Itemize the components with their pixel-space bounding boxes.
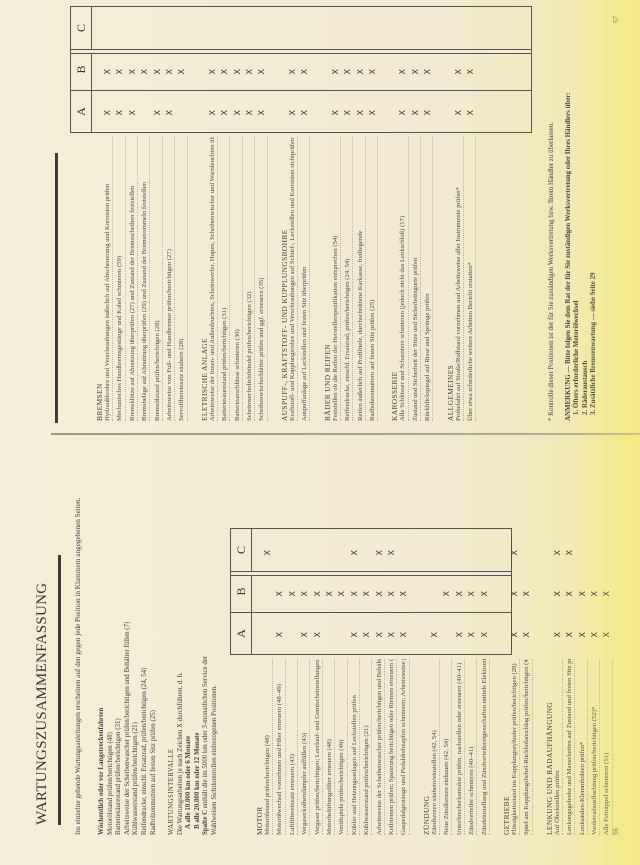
interval-mark-a: X	[357, 110, 365, 115]
interval-mark-a: X	[467, 110, 475, 115]
table-row: Zündkerzen säubern/einstellen (42, 54)X	[431, 535, 443, 835]
row-text: Arbeitsweise der Scheibenwascher prüfen/…	[376, 659, 385, 835]
table-row: Servofiltereinsatz säubern (28)X	[178, 36, 190, 421]
interval-mark-b: X	[467, 69, 475, 74]
interval-mark-a: X	[412, 110, 420, 115]
table-row: Keilriemen prüfen; Spannung berichtigen …	[388, 535, 400, 835]
interval-mark-a: X	[388, 632, 396, 637]
interval-mark-b: X	[376, 591, 384, 596]
weekly-item: Kühlwasserstand prüfen/berichtigen (21)	[132, 455, 141, 835]
row-text: Arbeitsweise der Innen- und Außenleuchte…	[209, 137, 218, 421]
row-text: Keilriemen prüfen; Spannung berichtigen …	[388, 659, 397, 835]
row-text: Bremsbeläge auf Abnutzung überprüfen (29…	[141, 137, 150, 421]
interval-mark-a: X	[276, 632, 284, 637]
row-text: Kraftstoff- und Kupplungsrohre und Versc…	[289, 137, 298, 421]
table-row: Batterieanschlüsse schmieren (30)XX	[234, 36, 246, 421]
table-row: Radbolzenmuttern auf festen Sitz prüfen …	[369, 36, 381, 421]
interval-mark-b: X	[234, 69, 242, 74]
table-row: Bremsölstand prüfen/berichtigen (28)XXX	[154, 36, 166, 421]
interval-mark-b: X	[289, 591, 297, 596]
interval-mark-a: X	[116, 110, 124, 115]
section-heading: AUSPUFF-, KRAFTSTOFF- UND KUPPLUNGSROHRE	[280, 36, 289, 421]
table-row: Neue Zündkerzen einbauen (42, 54)X	[443, 535, 455, 835]
left-page-sections: MOTORMotorölstand prüfen/berichtigen (48…	[255, 535, 616, 835]
table-row: Luftfiltereinsatz erneuern (43)X	[289, 535, 301, 835]
row-text: Rückblickspiegel auf Risse und Sprünge p…	[424, 137, 433, 421]
interval-mark-b: X	[301, 69, 309, 74]
row-text: Unterbrecherkontakte prüfen, nachstellen…	[456, 659, 465, 835]
weekly-heading: Wöchentlich oder vor Langstreckenfahrten	[98, 455, 107, 835]
interval-mark-a: X	[314, 632, 322, 637]
table-row: Mechanisches Handbremsgestänge und Kabel…	[116, 36, 128, 421]
weekly-item: Reifendrucke, einschl. Ersatzrad, prüfen…	[141, 455, 150, 835]
weekly-checks: Wöchentlich oder vor Langstreckenfahrten…	[98, 455, 158, 835]
interval-mark-b: X	[412, 69, 420, 74]
row-text: Kühler und Heizungsanlagen auf Leckstell…	[351, 659, 360, 835]
interval-mark-a: X	[481, 632, 489, 637]
section-heading: GETRIEBE	[502, 535, 511, 835]
note-lead: ANMERKUNG —	[565, 366, 572, 421]
col-header-a: A	[231, 613, 252, 654]
row-text: Luftfiltereinsatz erneuern (43)	[289, 659, 298, 835]
row-text: Zündeinstellung und Zündverteilereigensc…	[481, 659, 490, 835]
interval-mark-b: X	[141, 69, 149, 74]
interval-mark-b: X	[301, 591, 309, 596]
table-row: Auf Öleckstellen prüfenXXX	[554, 535, 566, 835]
interval-mark-a: X	[246, 110, 254, 115]
interval-mark-a: X	[424, 110, 432, 115]
section-heading: RÄDER UND REIFEN	[323, 36, 332, 421]
interval-mark-b: X	[523, 591, 531, 596]
interval-mark-a: X	[301, 110, 309, 115]
interval-mark-b: X	[129, 69, 137, 74]
interval-mark-a: X	[289, 110, 297, 115]
interval-mark-b: X	[554, 591, 562, 596]
interval-mark-b: X	[456, 591, 464, 596]
section-heading: BREMSEN	[95, 36, 104, 421]
interval-mark-c: X	[351, 550, 359, 555]
row-text: Mechanisches Handbremsgestänge und Kabel…	[116, 137, 125, 421]
row-text: Auspuffanlage auf Leckstellen und festen…	[301, 137, 310, 421]
page-title: WARTUNGSZUSAMMENFASSUNG	[34, 583, 51, 825]
row-text: Alle Schlösser und Scharniere schmieren …	[399, 137, 408, 421]
row-text: Reifen äußerlich auf Profiltiefe, durchs…	[357, 137, 366, 421]
interval-mark-b: X	[399, 69, 407, 74]
table-row: Scheibenwischerblätter prüfen und ggf. e…	[258, 36, 270, 421]
interval-mark-b: X	[400, 591, 408, 596]
interval-mark-b: X	[481, 591, 489, 596]
table-row: Arbeitsweise von Fuß- und Handbremse prü…	[166, 36, 178, 421]
row-text: Scheibenwischerblätter prüfen und ggf. e…	[258, 137, 267, 421]
row-text: Bremsölstand prüfen/berichtigen (28)	[154, 137, 163, 421]
interval-c-text: enthält die im 5000 km oder 3-monatliche…	[202, 656, 218, 835]
table-row: Bremsklötze auf Abnutzung überprüfen (27…	[129, 36, 141, 421]
interval-mark-b: X	[326, 591, 334, 596]
row-text: Zündkerzen säubern/einstellen (42, 54)	[431, 659, 440, 835]
interval-mark-c: X	[388, 550, 396, 555]
row-text: Vergaserkolbendämpfer auffüllen (43)	[301, 659, 310, 835]
table-row: Motorölstand prüfen/berichtigen (48)X	[264, 535, 276, 835]
row-text: Zündverteiler schmieren (40–41)	[468, 659, 477, 835]
table-row: Feststellen ob die Reifen der Hersteller…	[332, 36, 344, 421]
row-text: Ventilspiele prüfen/berichtigen (49)	[338, 659, 347, 835]
table-row: Kühlwasserstand prüfen/berichtigen (21)X…	[363, 535, 375, 835]
weekly-item: Motorölstand prüfen/berichtigen (48)	[107, 455, 116, 835]
interval-mark-a: X	[221, 110, 229, 115]
interval-mark-a: X	[234, 110, 242, 115]
weekly-item: Arbeitsweise der Scheibenwascher prüfen/…	[124, 455, 133, 835]
intro-text: Ins einzelne gehende Wartungsanleitungen…	[74, 455, 83, 835]
table-row: Motorölwechsel vornehmen und Filter erne…	[276, 535, 288, 835]
interval-mark-b: X	[369, 69, 377, 74]
row-text: Flüssigkeitsstand im Kupplungszylinder p…	[511, 659, 520, 835]
row-text: Scheinwerferlichtbündel prüfen/berichtig…	[246, 137, 255, 421]
row-text: Gaspedalgestänge und Pedaldrehzapfen sch…	[400, 659, 409, 835]
table-row: Arbeitsweise der Innen- und Außenleuchte…	[209, 36, 221, 421]
paper-yellowing	[580, 0, 640, 865]
table-row: Reifendrucke, einschl. Ersatzrad, prüfen…	[344, 36, 356, 421]
table-row: Bremsbeläge auf Abnutzung überprüfen (29…	[141, 36, 153, 421]
table-row: Zündeinstellung und Zündverteilereigensc…	[481, 535, 493, 835]
interval-mark-a: X	[399, 110, 407, 115]
table-row: Arbeitsweise der Scheibenwascher prüfen/…	[376, 535, 388, 835]
col-header-c: C	[71, 7, 92, 49]
interval-mark-a: X	[431, 632, 439, 637]
page-56: WARTUNGSZUSAMMENFASSUNG Ins einzelne geh…	[0, 433, 640, 865]
interval-mark-a: X	[363, 632, 371, 637]
interval-mark-b: X	[566, 591, 574, 596]
col-header-a: A	[71, 91, 92, 132]
interval-mark-b: X	[468, 591, 476, 596]
row-text: Motorölwechsel vornehmen und Filter erne…	[276, 659, 285, 835]
section-heading: MOTOR	[255, 535, 264, 835]
row-text: Motorölstand prüfen/berichtigen (48)	[264, 659, 273, 835]
interval-mark-b: X	[357, 69, 365, 74]
row-text: Feststellen ob die Reifen der Hersteller…	[332, 137, 341, 421]
table-row: Kühler und Heizungsanlagen auf Leckstell…	[351, 535, 363, 835]
interval-mark-b: X	[424, 69, 432, 74]
interval-mark-a: X	[566, 632, 574, 637]
interval-mark-a: X	[332, 110, 340, 115]
interval-mark-a: X	[554, 632, 562, 637]
interval-mark-a: X	[209, 110, 217, 115]
interval-mark-a: X	[455, 110, 463, 115]
scanned-manual-spread: WARTUNGSZUSAMMENFASSUNG Ins einzelne geh…	[0, 0, 640, 865]
interval-mark-a: X	[369, 110, 377, 115]
table-row: Kraftstoff- und Kupplungsrohre und Versc…	[289, 36, 301, 421]
interval-mark-b: X	[209, 69, 217, 74]
row-text: Probefahrt auf Straße/Rollstand vornehme…	[455, 137, 464, 421]
row-text: Arbeitsweise von Fuß- und Handbremse prü…	[166, 137, 175, 421]
table-row: Alle Schlösser und Scharniere schmieren …	[399, 36, 411, 421]
row-text: Hydraulikrohre und Verschraubungen äußer…	[104, 137, 113, 421]
service-intervals: WARTUNGSINTERVALLE Die Wartungsarbeiten …	[168, 645, 220, 835]
table-row: Scheinwerferlichtbündel prüfen/berichtig…	[246, 36, 258, 421]
table-row: Batteriesäurestand prüfen/berichtigen (3…	[221, 36, 233, 421]
interval-mark-b: X	[289, 69, 297, 74]
interval-mark-a: X	[400, 632, 408, 637]
row-text: Batterieanschlüsse schmieren (30)	[234, 137, 243, 421]
section-heading: ELETRISCHE ANLAGE	[200, 36, 209, 421]
interval-mark-a: X	[258, 110, 266, 115]
col-header-b: B	[231, 571, 252, 612]
section-heading: ZÜNDUNG	[422, 535, 431, 835]
interval-mark-a: X	[351, 632, 359, 637]
row-text: Spiel am Kupplungshebel-Rückholanschlag …	[523, 659, 532, 835]
interval-mark-b: X	[363, 591, 371, 596]
interval-mark-b: X	[221, 69, 229, 74]
interval-mark-a: X	[376, 632, 384, 637]
right-page-sections: BREMSENHydraulikrohre und Verschraubunge…	[95, 36, 479, 421]
title-rule	[55, 153, 58, 423]
table-row: Spiel am Kupplungshebel-Rückholanschlag …	[523, 535, 535, 835]
row-text: Vergaser prüfen/berichtigen; Leerlauf- u…	[314, 659, 323, 835]
intervals-text: Die Wartungsarbeiten je nach Zeichen X d…	[177, 645, 186, 835]
interval-mark-b: X	[246, 69, 254, 74]
interval-mark-b: X	[154, 69, 162, 74]
interval-c-label: Spalte C	[202, 810, 209, 835]
interval-mark-b: X	[511, 591, 519, 596]
table-row: Rückblickspiegel auf Risse und Sprünge p…	[424, 36, 436, 421]
row-text: Lenkungsgelenke und Manschetten auf Zust…	[566, 659, 575, 835]
table-row: Vergaser prüfen/berichtigen; Leerlauf- u…	[314, 535, 326, 835]
table-row: Gaspedalgestänge und Pedaldrehzapfen sch…	[400, 535, 412, 835]
interval-mark-b: X	[443, 591, 451, 596]
interval-mark-b: X	[116, 69, 124, 74]
table-row: Reifen äußerlich auf Profiltiefe, durchs…	[357, 36, 369, 421]
section-heading: KAROSSERIE	[390, 36, 399, 421]
section-heading: LENKUNG UND RADAUFHÄNGUNG	[545, 535, 554, 835]
table-row: Zündverteiler schmieren (40–41)XX	[468, 535, 480, 835]
row-text: Batteriesäurestand prüfen/berichtigen (3…	[221, 137, 230, 421]
interval-mark-c: X	[376, 550, 384, 555]
table-row: Zustand und Sicherheit der Sitze und Sic…	[412, 36, 424, 421]
table-row: Über etwa erforderliche weitere Arbeiten…	[467, 36, 479, 421]
interval-mark-b: X	[104, 69, 112, 74]
interval-mark-a: X	[166, 110, 174, 115]
table-row: Flüssigkeitsstand im Kupplungszylinder p…	[511, 535, 523, 835]
row-text: Motorbelüftungsfilter erneuern (48)	[326, 659, 335, 835]
row-text: Über etwa erforderliche weitere Arbeiten…	[467, 137, 476, 421]
row-text: Radbolzenmuttern auf festen Sitz prüfen …	[369, 137, 378, 421]
interval-mark-a: X	[104, 110, 112, 115]
row-text: Auf Öleckstellen prüfen	[554, 659, 563, 835]
interval-mark-c: X	[511, 550, 519, 555]
row-text: Bremsklötze auf Abnutzung überprüfen (27…	[129, 137, 138, 421]
weekly-item: Radbolzenmuttern auf festen Sitz prüfen …	[150, 455, 159, 835]
section-heading: ALLGEMEINES	[446, 36, 455, 421]
interval-b: B alle 20.000 km oder 12 Monate	[194, 645, 203, 835]
interval-mark-a: X	[511, 632, 519, 637]
interval-a: A alle 10.000 km oder 6 Monate	[185, 645, 194, 835]
table-row: Vergaserkolbendämpfer auffüllen (43)XX	[301, 535, 313, 835]
table-row: Auspuffanlage auf Leckstellen und festen…	[301, 36, 313, 421]
interval-mark-a: X	[468, 632, 476, 637]
col-header-c: C	[231, 529, 252, 571]
interval-mark-b: X	[344, 69, 352, 74]
interval-mark-b: X	[314, 591, 322, 596]
interval-mark-b: X	[332, 69, 340, 74]
table-row: Unterbrecherkontakte prüfen, nachstellen…	[456, 535, 468, 835]
interval-mark-a: X	[301, 632, 309, 637]
row-text: Reifendrucke, einschl. Ersatzrad, prüfen…	[344, 137, 353, 421]
interval-mark-c: X	[554, 550, 562, 555]
intervals-heading: WARTUNGSINTERVALLE	[168, 645, 177, 835]
interval-mark-b: X	[388, 591, 396, 596]
interval-mark-a: X	[154, 110, 162, 115]
interval-mark-b: X	[455, 69, 463, 74]
title-rule	[58, 555, 61, 825]
table-row: Hydraulikrohre und Verschraubungen äußer…	[104, 36, 116, 421]
interval-mark-b: X	[166, 69, 174, 74]
note-text: Bitte folgen Sie dem Rat der für Sie zus…	[565, 92, 572, 364]
row-text: Zustand und Sicherheit der Sitze und Sic…	[412, 137, 421, 421]
interval-mark-a: X	[129, 110, 137, 115]
table-row: Ventilspiele prüfen/berichtigen (49)X	[338, 535, 350, 835]
weekly-item: Batteriesäurestand prüfen/berichtigen (3…	[115, 455, 124, 835]
page-57: A B C BREMSENHydraulikrohre und Verschra…	[0, 0, 640, 433]
interval-mark-c: X	[566, 550, 574, 555]
interval-mark-b: X	[258, 69, 266, 74]
table-row: Lenkungsgelenke und Manschetten auf Zust…	[566, 535, 578, 835]
row-text: Kühlwasserstand prüfen/berichtigen (21)	[363, 659, 372, 835]
table-row: Motorbelüftungsfilter erneuern (48)X	[326, 535, 338, 835]
interval-mark-b: X	[351, 591, 359, 596]
col-header-b: B	[71, 49, 92, 90]
table-row: Probefahrt auf Straße/Rollstand vornehme…	[455, 36, 467, 421]
interval-mark-a: X	[344, 110, 352, 115]
interval-mark-b: X	[338, 591, 346, 596]
row-text: Neue Zündkerzen einbauen (42, 54)	[443, 659, 452, 835]
row-text: Servofiltereinsatz säubern (28)	[178, 137, 187, 421]
interval-mark-b: X	[178, 69, 186, 74]
interval-mark-a: X	[523, 632, 531, 637]
interval-mark-c: X	[264, 550, 272, 555]
interval-mark-a: X	[456, 632, 464, 637]
footnote: * Kontrolle dieser Positionen ist der fü…	[548, 11, 557, 421]
interval-mark-b: X	[276, 591, 284, 596]
